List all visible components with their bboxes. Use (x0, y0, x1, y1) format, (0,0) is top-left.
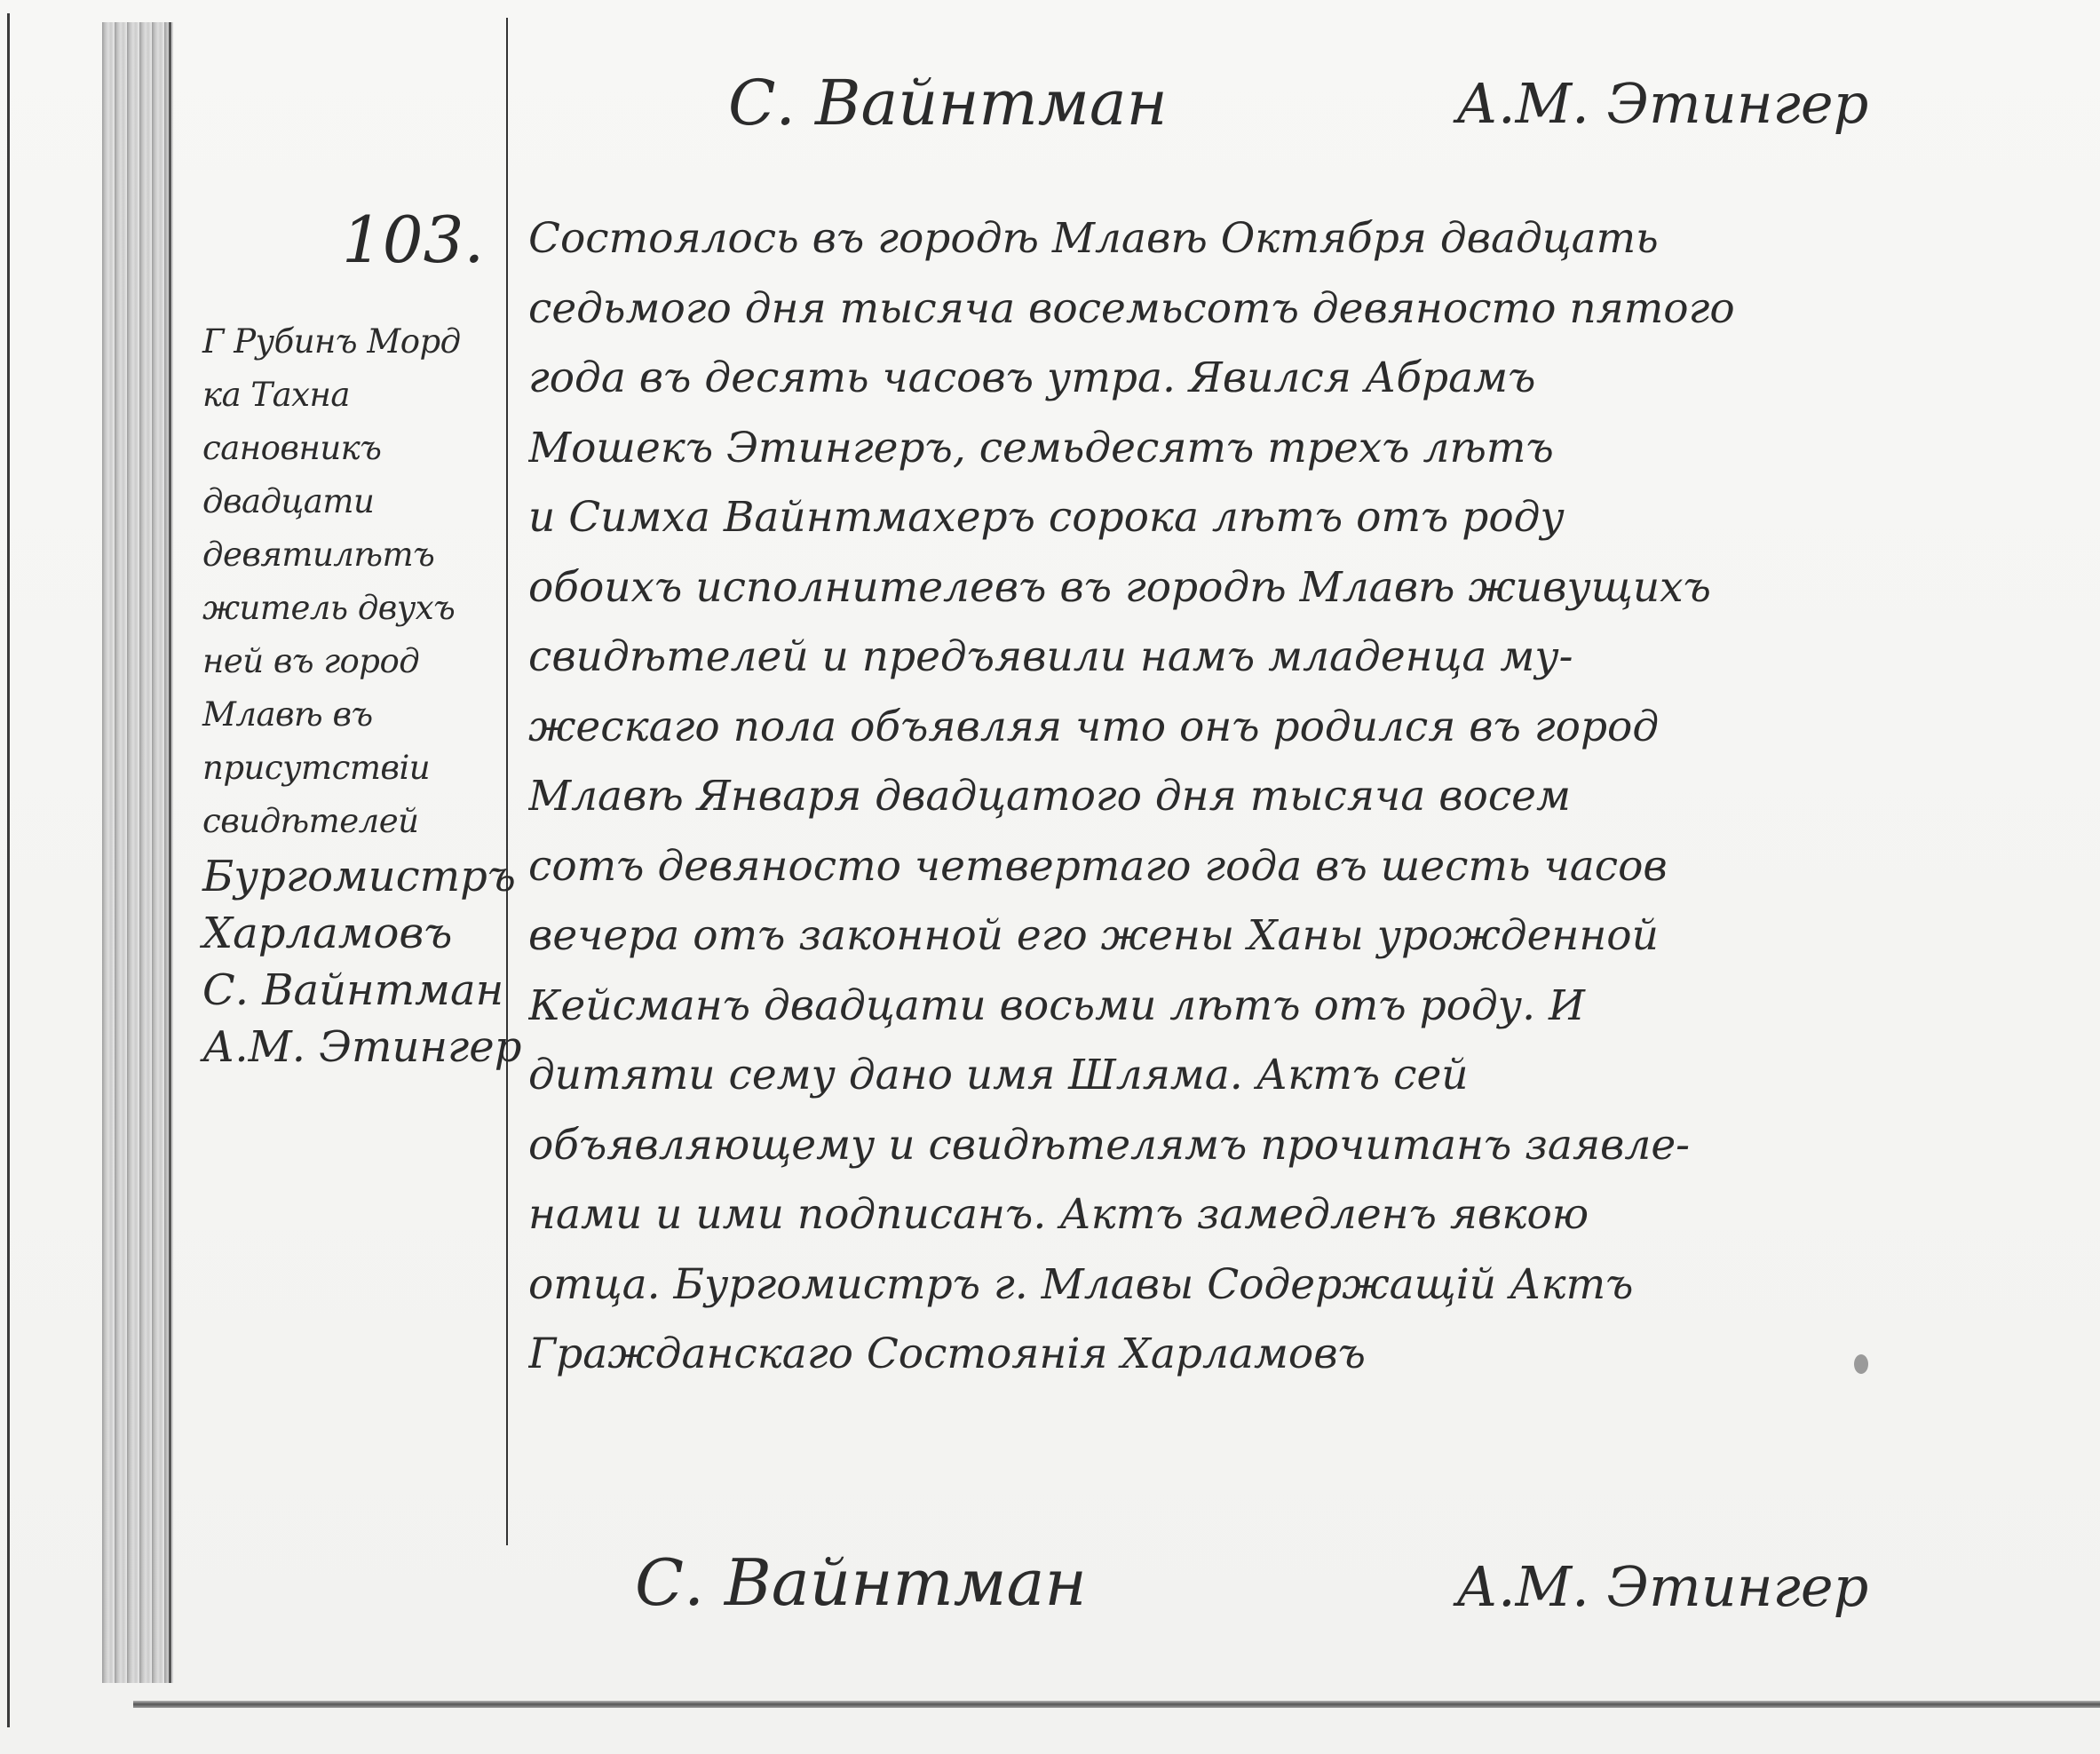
margin-note-line: Млавѣ въ (202, 688, 500, 742)
page-edge-line (7, 13, 10, 1727)
entry-number: 103. (342, 202, 484, 277)
margin-note: Г Рубинъ Морд ка Тахна сановникъ двадцат… (202, 315, 500, 1075)
scanned-document-page: С. Вайнтман А.М. Этингер 103. Г Рубинъ М… (0, 0, 2100, 1754)
header-signature-etinger: А.М. Этингер (1456, 71, 1868, 136)
record-line: нами и ими подписанъ. Актъ замедленъ явк… (528, 1180, 2091, 1250)
record-line: Млавѣ Января двадцатого дня тысяча восем (528, 762, 2091, 832)
record-line: отца. Бургомистръ г. Млавы Содержащій Ак… (528, 1250, 2091, 1321)
record-line: Гражданскаго Состоянія Харламовъ (528, 1320, 2091, 1390)
margin-note-line: девятилѣтъ (202, 528, 500, 582)
page-bottom-edge (133, 1701, 2100, 1708)
record-line: жескаго пола объявляя что онъ родился въ… (528, 693, 2091, 763)
record-line: сотъ девяносто четвертаго года въ шесть … (528, 832, 2091, 902)
margin-signature-burgomaster-title: Бургомистръ (202, 848, 500, 905)
record-body: Состоялось въ городѣ Млавѣ Октября двадц… (528, 204, 2091, 1390)
margin-signature-kharlamov: Харламовъ (202, 905, 500, 962)
header-signature-vaintman: С. Вайнтман (728, 67, 1168, 139)
margin-note-line: ка Тахна (202, 369, 500, 422)
margin-signature-vaintman: С. Вайнтман (202, 962, 500, 1019)
margin-note-line: житель двухъ (202, 582, 500, 635)
margin-line-text: Рубинъ Морд (234, 322, 460, 361)
margin-note-line: присутствіи (202, 742, 500, 795)
record-line: и Симха Вайнтмахеръ сорока лѣтъ отъ роду (528, 483, 2091, 553)
margin-column-divider (506, 18, 508, 1545)
record-line: Мошекъ Этингеръ, семьдесятъ трехъ лѣтъ (528, 414, 2091, 484)
footer-signature-vaintman: С. Вайнтман (635, 1545, 1087, 1620)
record-line: объявляющему и свидѣтелямъ прочитанъ зая… (528, 1111, 2091, 1181)
footer-signature-etinger: А.М. Этингер (1456, 1554, 1868, 1619)
record-line: Кейсманъ двадцати восьми лѣтъ отъ роду. … (528, 972, 2091, 1042)
margin-note-line: сановникъ (202, 422, 500, 475)
margin-note-line: двадцати (202, 475, 500, 528)
record-line: обоихъ исполнителевъ въ городѣ Млавѣ жив… (528, 553, 2091, 623)
record-line: вечера отъ законной его жены Ханы урожде… (528, 901, 2091, 972)
margin-note-line: ней въ город (202, 635, 500, 688)
margin-signature-etinger: А.М. Этингер (202, 1019, 500, 1075)
record-line: дитяти сему дано имя Шляма. Актъ сей (528, 1041, 2091, 1111)
binding-shadow (102, 22, 173, 1683)
record-line: седьмого дня тысяча восемьсотъ девяносто… (528, 274, 2091, 345)
record-line: года въ десять часовъ утра. Явился Абрам… (528, 344, 2091, 414)
record-line: свидѣтелей и предъявили намъ младенца му… (528, 623, 2091, 693)
margin-note-line: свидѣтелей (202, 795, 500, 848)
margin-marker: Г (202, 322, 224, 361)
margin-note-line: Г Рубинъ Морд (202, 315, 500, 369)
record-line: Состоялось въ городѣ Млавѣ Октября двадц… (528, 204, 2091, 274)
binding-edge-line (169, 22, 171, 1683)
